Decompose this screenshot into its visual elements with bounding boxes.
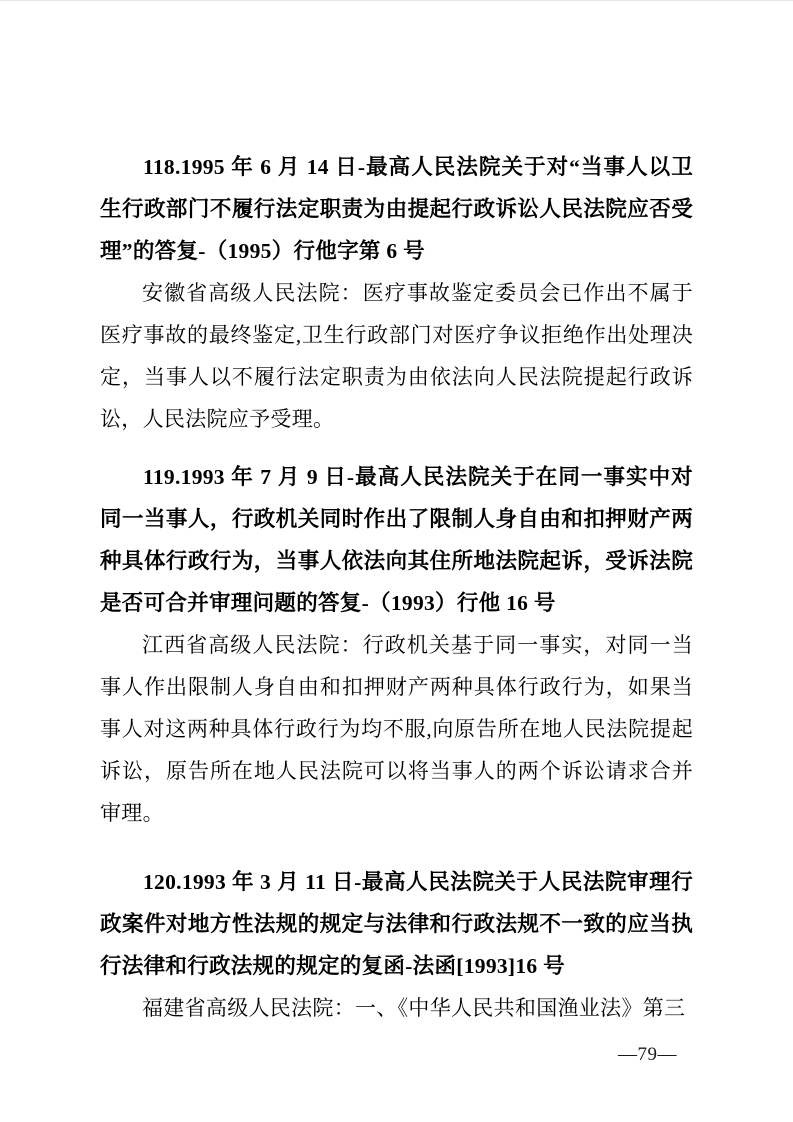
section-120: 120.1993 年 3 月 11 日-最高人民法院关于人民法院审理行政案件对地…: [100, 861, 693, 1029]
section-118: 118.1995 年 6 月 14 日-最高人民法院关于对“当事人以卫生行政部门…: [100, 146, 693, 440]
section-119-body: 江西省高级人民法院：行政机关基于同一事实，对同一当事人作出限制人身自由和扣押财产…: [100, 624, 693, 834]
section-120-heading: 120.1993 年 3 月 11 日-最高人民法院关于人民法院审理行政案件对地…: [100, 861, 693, 987]
section-119: 119.1993 年 7 月 9 日-最高人民法院关于在同一事实中对同一当事人，…: [100, 456, 693, 834]
document-page: 118.1995 年 6 月 14 日-最高人民法院关于对“当事人以卫生行政部门…: [0, 1, 793, 1122]
page-number: —79—: [100, 1034, 693, 1076]
section-118-body: 安徽省高级人民法院：医疗事故鉴定委员会已作出不属于医疗事故的最终鉴定,卫生行政部…: [100, 272, 693, 440]
section-118-heading: 118.1995 年 6 月 14 日-最高人民法院关于对“当事人以卫生行政部门…: [100, 146, 693, 272]
section-119-heading: 119.1993 年 7 月 9 日-最高人民法院关于在同一事实中对同一当事人，…: [100, 456, 693, 624]
section-120-body: 福建省高级人民法院：一、《中华人民共和国渔业法》第三: [100, 987, 693, 1029]
